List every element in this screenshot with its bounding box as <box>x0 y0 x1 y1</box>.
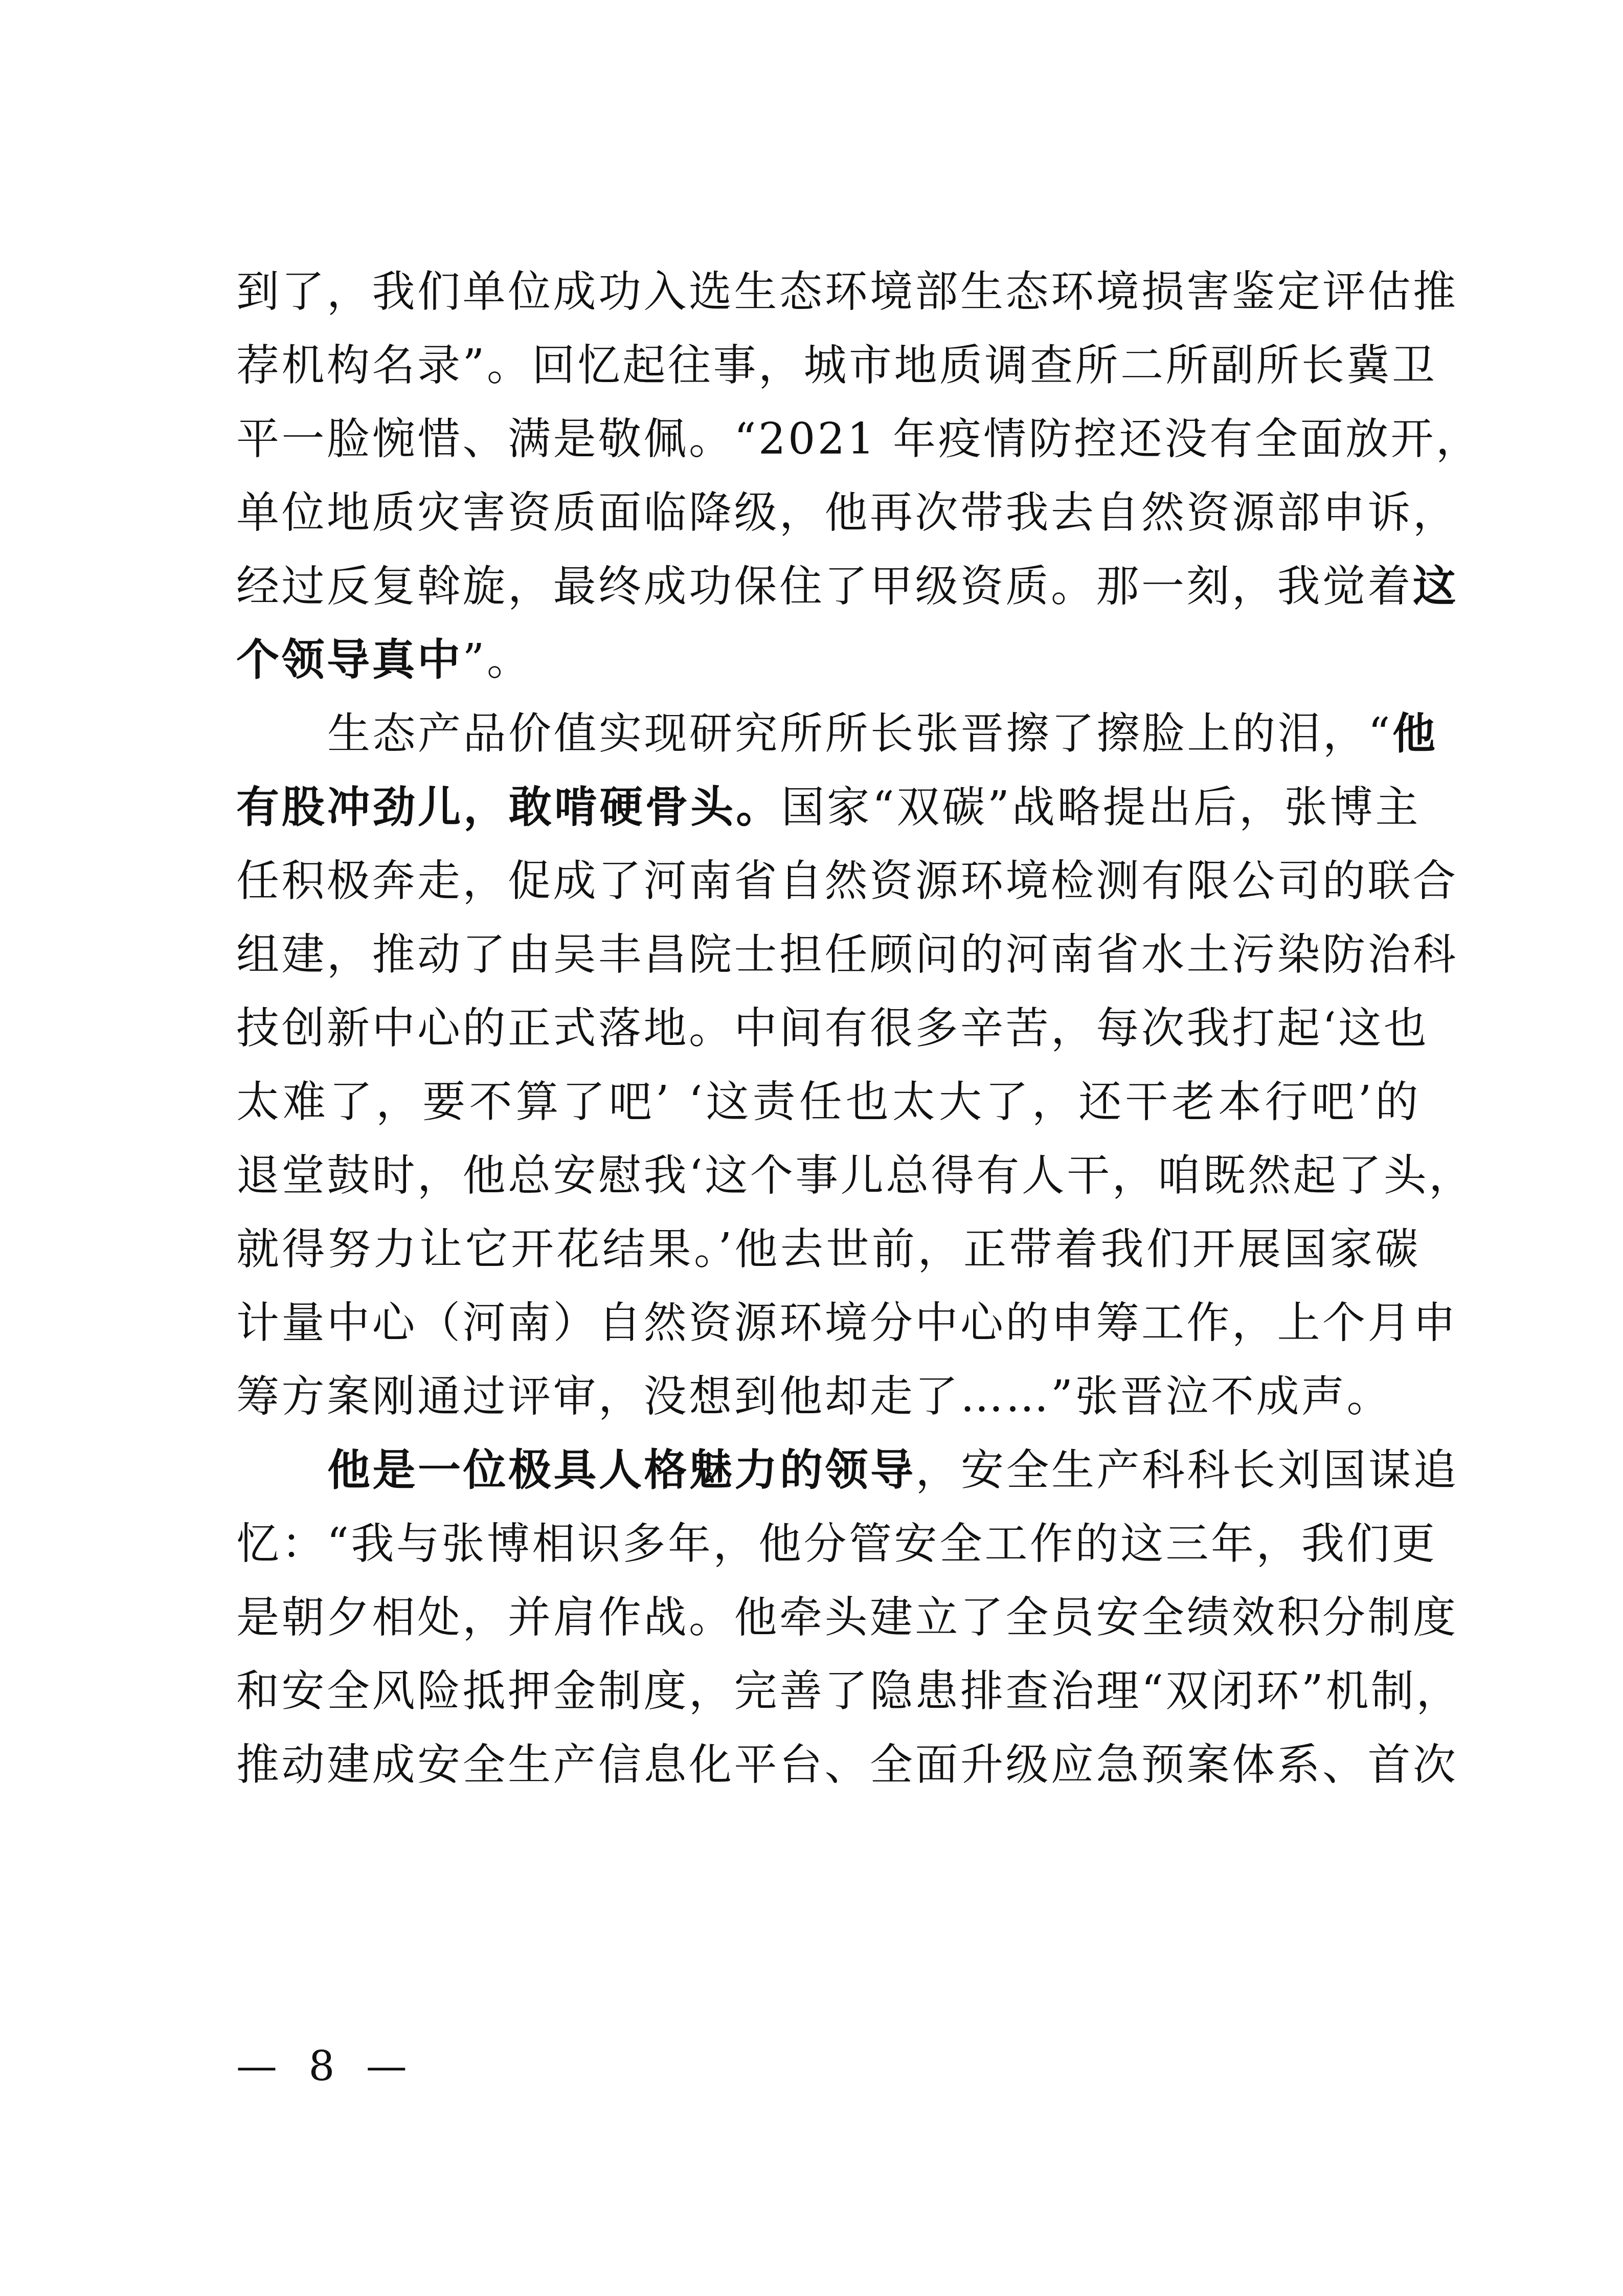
text-line: 经过反复斡旋，最终成功保住了甲级资质。那一刻，我觉着这 <box>236 549 1421 623</box>
bold-text-segment: 他 <box>1392 708 1438 759</box>
text-segment: ”。 <box>463 635 532 685</box>
text-line: 推动建成安全生产信息化平台、全面升级应急预案体系、首次 <box>236 1728 1421 1801</box>
text-line: 退堂鼓时，他总安慰我‘这个事儿总得有人干，咱既然起了头， <box>236 1139 1421 1212</box>
text-segment: 计量中心（河南）自然资源环境分中心的申筹工作，上个月申 <box>236 1298 1458 1348</box>
text-segment: 就得努力让它开花结果。’他去世前，正带着我们开展国家碳 <box>236 1224 1421 1274</box>
text-segment: 筹方案刚通过评审，没想到他却走了……”张晋泣不成声。 <box>236 1371 1392 1421</box>
text-segment: 生态产品价值实现研究所所长张晋擦了擦脸上的泪，“ <box>327 708 1392 759</box>
text-line: 生态产品价值实现研究所所长张晋擦了擦脸上的泪，“他 <box>236 697 1421 770</box>
text-line: 太难了，要不算了吧’ ‘这责任也太大了，还干老本行吧’的 <box>236 1065 1421 1139</box>
text-line: 个领导真中”。 <box>236 623 1421 697</box>
text-segment: 太难了，要不算了吧’ ‘这责任也太大了，还干老本行吧’的 <box>236 1077 1421 1127</box>
page-number: — 8 — <box>236 2041 416 2092</box>
text-segment: 国家“双碳”战略提出后，张博主 <box>781 782 1421 832</box>
text-segment: 退堂鼓时，他总安慰我‘这个事儿总得有人干，咱既然起了头， <box>236 1150 1474 1200</box>
text-segment: 到了，我们单位成功入选生态环境部生态环境损害鉴定评估推 <box>236 266 1458 317</box>
text-line: 单位地质灾害资质面临降级，他再次带我去自然资源部申诉， <box>236 476 1421 549</box>
text-line: 有股冲劲儿，敢啃硬骨头。国家“双碳”战略提出后，张博主 <box>236 770 1421 844</box>
text-line: 到了，我们单位成功入选生态环境部生态环境损害鉴定评估推 <box>236 255 1421 328</box>
text-line: 和安全风险抵押金制度，完善了隐患排查治理“双闭环”机制， <box>236 1654 1421 1728</box>
text-segment: 和安全风险抵押金制度，完善了隐患排查治理“双闭环”机制， <box>236 1666 1461 1716</box>
text-line: 筹方案刚通过评审，没想到他却走了……”张晋泣不成声。 <box>236 1359 1421 1433</box>
text-line: 他是一位极具人格魅力的领导，安全生产科科长刘国谋追 <box>236 1433 1421 1507</box>
text-line: 平一脸惋惜、满是敬佩。“2021 年疫情防控还没有全面放开， <box>236 402 1421 476</box>
text-segment: 经过反复斡旋，最终成功保住了甲级资质。那一刻，我觉着 <box>236 561 1413 611</box>
body-text: 到了，我们单位成功入选生态环境部生态环境损害鉴定评估推荐机构名录”。回忆起往事，… <box>236 255 1421 1801</box>
bold-text-segment: 个领导真中 <box>236 634 463 685</box>
text-segment: 是朝夕相处，并肩作战。他牵头建立了全员安全绩效积分制度 <box>236 1592 1458 1642</box>
text-line: 任积极奔走，促成了河南省自然资源环境检测有限公司的联合 <box>236 844 1421 918</box>
text-segment: 忆：“我与张博相识多年，他分管安全工作的这三年，我们更 <box>236 1519 1437 1569</box>
bold-text-segment: 这 <box>1413 561 1458 611</box>
bold-text-segment: 他是一位极具人格魅力的领导 <box>327 1444 916 1495</box>
text-segment: 组建，推动了由吴丰昌院士担任顾问的河南省水土污染防治科 <box>236 929 1458 979</box>
text-segment: 平一脸惋惜、满是敬佩。“2021 年疫情防控还没有全面放开， <box>236 414 1481 464</box>
text-segment: 推动建成安全生产信息化平台、全面升级应急预案体系、首次 <box>236 1740 1458 1790</box>
text-line: 组建，推动了由吴丰昌院士担任顾问的河南省水土污染防治科 <box>236 918 1421 991</box>
bold-text-segment: 有股冲劲儿，敢啃硬骨头。 <box>236 782 781 832</box>
text-segment: 任积极奔走，促成了河南省自然资源环境检测有限公司的联合 <box>236 856 1458 906</box>
text-segment: 荐机构名录”。回忆起往事，城市地质调查所二所副所长冀卫 <box>236 340 1437 390</box>
text-line: 是朝夕相处，并肩作战。他牵头建立了全员安全绩效积分制度 <box>236 1580 1421 1654</box>
text-line: 计量中心（河南）自然资源环境分中心的申筹工作，上个月申 <box>236 1286 1421 1359</box>
text-line: 忆：“我与张博相识多年，他分管安全工作的这三年，我们更 <box>236 1507 1421 1580</box>
text-line: 就得努力让它开花结果。’他去世前，正带着我们开展国家碳 <box>236 1212 1421 1286</box>
text-segment: ，安全生产科科长刘国谋追 <box>916 1445 1459 1495</box>
text-line: 技创新中心的正式落地。中间有很多辛苦，每次我打起‘这也 <box>236 991 1421 1065</box>
text-segment: 单位地质灾害资质面临降级，他再次带我去自然资源部申诉， <box>236 487 1458 538</box>
document-page: 到了，我们单位成功入选生态环境部生态环境损害鉴定评估推荐机构名录”。回忆起往事，… <box>0 0 1623 2296</box>
text-line: 荐机构名录”。回忆起往事，城市地质调查所二所副所长冀卫 <box>236 328 1421 402</box>
text-segment: 技创新中心的正式落地。中间有很多辛苦，每次我打起‘这也 <box>236 1003 1429 1053</box>
